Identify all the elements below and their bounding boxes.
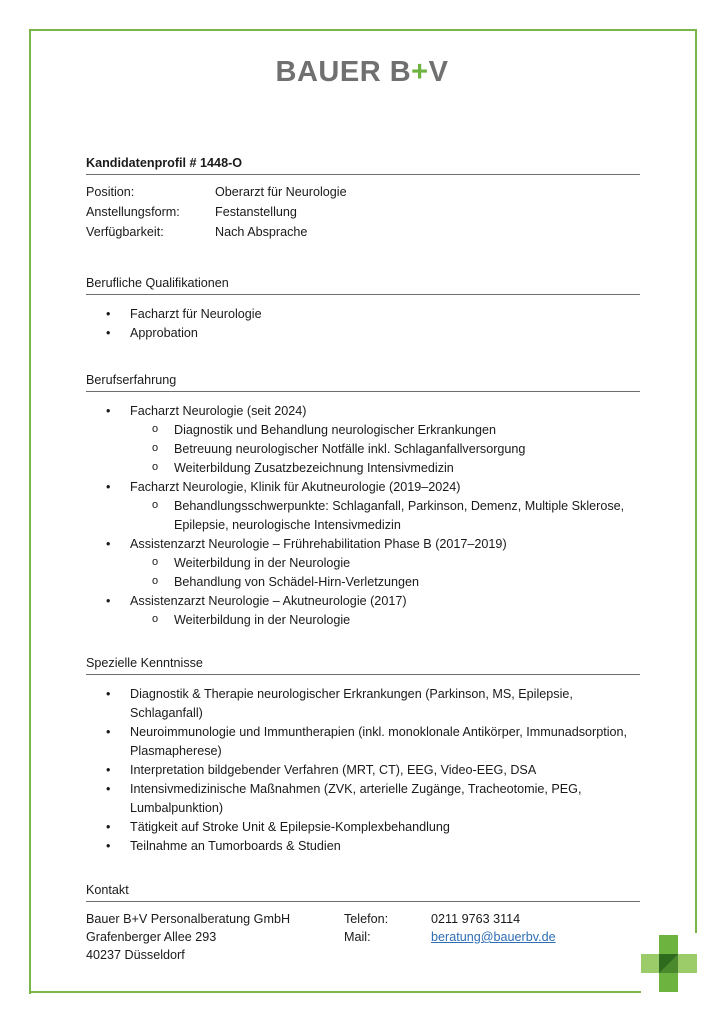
field-availability: Verfügbarkeit: Nach Absprache [86,222,640,242]
experience-section: Berufserfahrung Facharzt Neurologie (sei… [86,373,640,630]
city: 40237 Düsseldorf [86,946,344,964]
section-heading: Berufliche Qualifikationen [86,276,640,295]
frame-border-bottom [29,991,641,993]
company-logo: BAUER B+V [0,56,724,89]
list-item: Assistenzarzt Neurologie – Akutneurologi… [86,592,640,611]
list-item: Intensivmedizinische Maßnahmen (ZVK, art… [86,780,640,818]
skills-list: Diagnostik & Therapie neurologischer Erk… [86,685,640,856]
contact-address: Bauer B+V Personalberatung GmbH Grafenbe… [86,910,344,964]
list-item: Teilnahme an Tumorboards & Studien [86,837,640,856]
profile-section: Kandidatenprofil # 1448-O Position: Ober… [86,156,640,242]
field-value: Oberarzt für Neurologie [215,182,347,202]
section-heading: Kontakt [86,883,640,902]
street-address: Grafenberger Allee 293 [86,928,344,946]
logo-text-left: BAUER B [276,56,412,88]
mail-label: Mail: [344,928,431,946]
frame-border-right [695,29,697,933]
sub-list-item: Behandlung von Schädel-Hirn-Verletzungen [86,573,640,592]
contact-labels: Telefon: Mail: [344,910,431,964]
frame-border-left [29,29,31,994]
list-item: Facharzt Neurologie (seit 2024) [86,402,640,421]
list-item: Approbation [86,324,640,343]
qualifications-section: Berufliche Qualifikationen Facharzt für … [86,276,640,343]
sub-list-item: Diagnostik und Behandlung neurologischer… [86,421,640,440]
logo-text-right: V [429,56,449,88]
sub-list-item: Betreuung neurologischer Notfälle inkl. … [86,440,640,459]
sub-list-item: Weiterbildung Zusatzbezeichnung Intensiv… [86,459,640,478]
frame-border-top [29,29,697,31]
list-item: Facharzt für Neurologie [86,305,640,324]
list-item: Facharzt Neurologie, Klinik für Akutneur… [86,478,640,497]
phone-number: 0211 9763 3114 [431,910,556,928]
section-heading: Berufserfahrung [86,373,640,392]
profile-fields: Position: Oberarzt für Neurologie Anstel… [86,182,640,242]
list-item: Tätigkeit auf Stroke Unit & Epilepsie-Ko… [86,818,640,837]
sub-list-item: Weiterbildung in der Neurologie [86,611,640,630]
field-employment-type: Anstellungsform: Festanstellung [86,202,640,222]
field-value: Nach Absprache [215,222,307,242]
logo-plus-icon: + [411,56,428,88]
section-heading: Spezielle Kenntnisse [86,656,640,675]
sub-list-item: Behandlungsschwerpunkte: Schlaganfall, P… [86,497,640,535]
cross-center [659,954,678,973]
field-label: Anstellungsform: [86,202,215,222]
profile-title: Kandidatenprofil # 1448-O [86,156,640,175]
list-item: Neuroimmunologie und Immuntherapien (ink… [86,723,640,761]
contact-section: Kontakt Bauer B+V Personalberatung GmbH … [86,883,640,964]
phone-label: Telefon: [344,910,431,928]
company-name: Bauer B+V Personalberatung GmbH [86,910,344,928]
field-label: Position: [86,182,215,202]
email-link[interactable]: beratung@bauerbv.de [431,930,556,944]
field-position: Position: Oberarzt für Neurologie [86,182,640,202]
field-value: Festanstellung [215,202,297,222]
contact-values: 0211 9763 3114 beratung@bauerbv.de [431,910,556,964]
experience-list: Facharzt Neurologie (seit 2024) Diagnost… [86,402,640,630]
list-item: Diagnostik & Therapie neurologischer Erk… [86,685,640,723]
sub-list-item: Weiterbildung in der Neurologie [86,554,640,573]
list-item: Interpretation bildgebender Verfahren (M… [86,761,640,780]
list-item: Assistenzarzt Neurologie – Frührehabilit… [86,535,640,554]
skills-section: Spezielle Kenntnisse Diagnostik & Therap… [86,656,640,856]
qualifications-list: Facharzt für Neurologie Approbation [86,305,640,343]
contact-details: Bauer B+V Personalberatung GmbH Grafenbe… [86,910,640,964]
field-label: Verfügbarkeit: [86,222,215,242]
